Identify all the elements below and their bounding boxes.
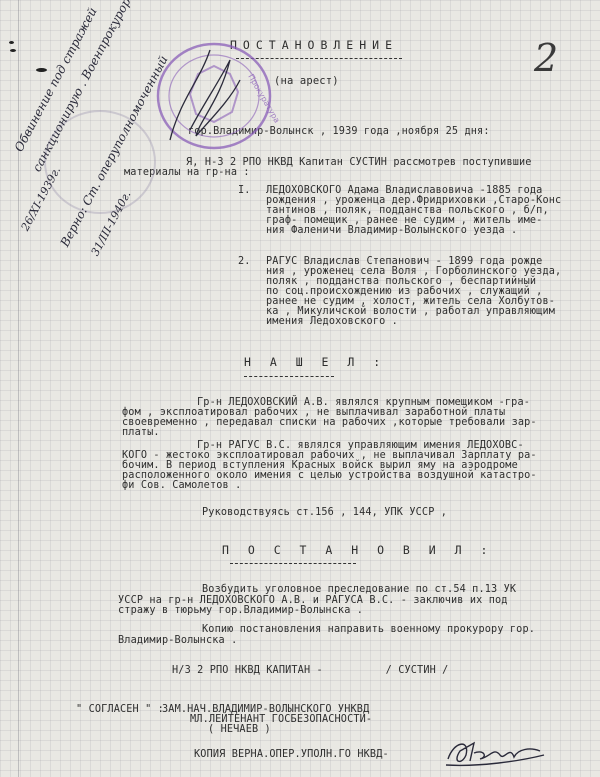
found-underline <box>244 376 334 377</box>
handwritten-signature <box>160 40 250 150</box>
guided-by: Руководствуясь ст.156 , 144, УПК УССР , <box>202 508 447 519</box>
found-line: своевременно , передавал списки на рабоч… <box>122 418 537 429</box>
signature-line: Н/З 2 РПО НКВД КАПИТАН - / СУСТИН / <box>172 666 448 677</box>
found-line: платы. <box>122 428 160 439</box>
person-number: I. <box>238 186 251 197</box>
signature-scrawl <box>440 735 550 770</box>
person-number: 2. <box>238 257 251 268</box>
resolved-line: Возбудить уголовное преследование по ст.… <box>202 585 516 596</box>
agreed-label: " СОГЛАСЕН " : <box>76 705 164 716</box>
resolved-line: стражу в тюрьму гор.Владимир-Волынска . <box>118 606 363 617</box>
ink-blot <box>10 49 16 52</box>
person-line: имения Ледоховского . <box>266 317 398 328</box>
handwritten-date: 26/XI-1939г. <box>19 165 64 233</box>
person-line: ния Фаленичи Владимир-Волынского уезда . <box>266 226 517 237</box>
resolved-line: Копию постановления направить военному п… <box>202 625 535 636</box>
document-subtitle: (на арест) <box>274 76 339 87</box>
resolved-underline <box>230 563 356 564</box>
resolved-heading: П О С Т А Н О В И Л : <box>222 545 493 556</box>
found-line: фи Сов. Самолетов . <box>122 481 241 492</box>
ink-blot <box>9 41 14 44</box>
margin-line <box>18 0 19 777</box>
page-number: 2 <box>534 36 558 80</box>
agreed-line: ( НЕЧАЕВ ) <box>208 725 271 736</box>
ink-blot <box>36 68 47 72</box>
svg-text:Прокуратура: Прокуратура <box>246 73 281 125</box>
resolved-line: Владимир-Волынска . <box>118 636 237 647</box>
found-heading: Н А Ш Е Л : <box>244 357 386 368</box>
document-page: 2 ПОСТАНОВЛЕНИЕ (на арест) гор.Владимир-… <box>0 0 600 777</box>
copy-certified: КОПИЯ ВЕРНА.ОПЕР.УПОЛН.ГО НКВД- <box>194 750 389 761</box>
